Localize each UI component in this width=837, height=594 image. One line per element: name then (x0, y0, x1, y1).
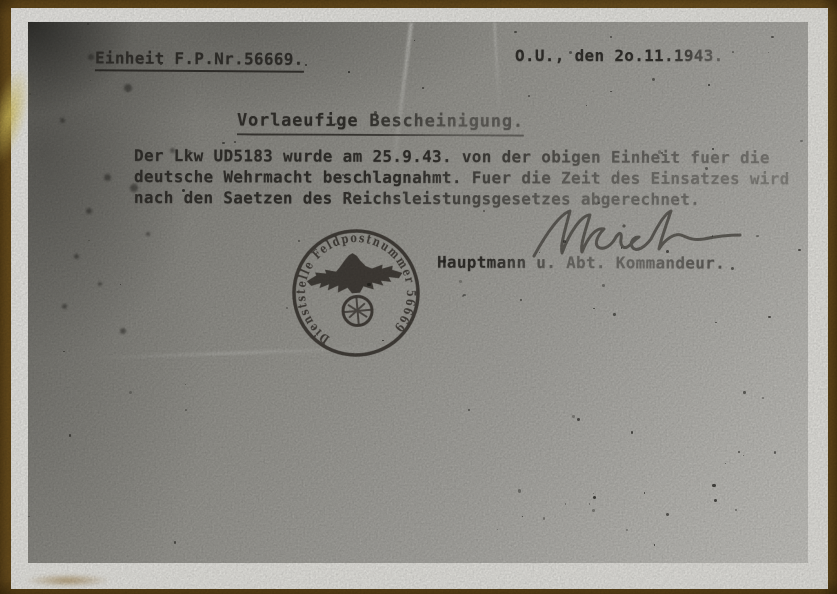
speck (104, 174, 111, 181)
speck (120, 328, 126, 334)
speck (129, 391, 132, 394)
speck (88, 240, 89, 241)
speck (610, 36, 612, 38)
place-date-line: O.U., den 2o.11.1943. (515, 45, 724, 66)
speck (572, 415, 574, 417)
speck (593, 308, 595, 310)
speck (69, 434, 72, 437)
speck (29, 93, 31, 95)
speck (543, 517, 545, 519)
speck (743, 455, 744, 456)
speck (522, 516, 523, 517)
speck (74, 254, 79, 259)
speck (652, 78, 655, 81)
speck (463, 294, 466, 297)
body-line-1: Der Lkw UD5183 wurde am 25.9.43. von der… (134, 145, 790, 168)
speck (120, 284, 121, 285)
speck (666, 513, 669, 516)
speck (708, 84, 710, 86)
speck (644, 492, 645, 493)
unit-number-line: Einheit F.P.Nr.56669. (95, 47, 304, 72)
speck (712, 484, 715, 487)
speck (459, 280, 462, 283)
speck (98, 282, 102, 286)
speck (577, 418, 580, 421)
speck (602, 284, 605, 287)
speck (414, 40, 415, 41)
speck (592, 509, 595, 512)
speck (586, 105, 587, 106)
speck (62, 304, 67, 309)
speck (774, 451, 777, 454)
speck (631, 431, 633, 433)
official-stamp: Dienststelle Feldpostnummer 56669 (282, 219, 429, 366)
speck (735, 509, 737, 511)
photo-mount: Einheit F.P.Nr.56669. O.U., den 2o.11.19… (0, 0, 837, 594)
speck (715, 322, 717, 324)
speck (185, 384, 187, 386)
speck (565, 503, 566, 504)
paper-crease (494, 22, 501, 117)
speck (146, 232, 150, 236)
speck (714, 499, 717, 502)
speck (286, 307, 288, 309)
speck (732, 51, 734, 53)
speck (87, 23, 89, 25)
speck (90, 80, 91, 81)
speck (468, 409, 471, 412)
speck (654, 544, 655, 545)
speck (60, 118, 65, 123)
speck (771, 36, 774, 39)
document-title: Vorlaeufige Bescheinigung. (237, 110, 524, 136)
signer-title-line: Hauptmann u. Abt. Kommandeur. (437, 251, 725, 273)
speck (422, 87, 424, 89)
speck (174, 541, 176, 543)
body-line-2: deutsche Wehrmacht beschlagnahmt. Fuer d… (134, 166, 790, 189)
speck (725, 463, 727, 465)
speck (497, 529, 498, 530)
speck (86, 208, 92, 214)
speck (798, 249, 801, 252)
speck (589, 503, 590, 504)
speck (768, 316, 770, 318)
speck (348, 71, 350, 73)
body-paragraph: Der Lkw UD5183 wurde am 25.9.43. von der… (134, 145, 790, 210)
speck (593, 496, 596, 499)
bottom-border-smudge (25, 574, 111, 587)
speck (305, 64, 307, 66)
speck (738, 451, 741, 454)
speck (762, 397, 763, 398)
photo-print: Einheit F.P.Nr.56669. O.U., den 2o.11.19… (11, 8, 828, 589)
speck (28, 516, 30, 518)
speck (63, 351, 65, 353)
speck (768, 52, 769, 53)
speck (462, 295, 464, 297)
speck (593, 493, 594, 494)
speck (743, 391, 746, 394)
speck (514, 31, 517, 34)
document-photo: Einheit F.P.Nr.56669. O.U., den 2o.11.19… (28, 22, 808, 563)
speck (88, 54, 94, 60)
speck (222, 142, 224, 144)
speck (518, 489, 521, 492)
speck (124, 84, 132, 92)
speck (483, 210, 485, 212)
speck (528, 95, 530, 97)
speck (234, 141, 236, 143)
speck (520, 299, 522, 301)
speck (613, 313, 616, 316)
speck (610, 91, 612, 93)
speck (185, 409, 187, 411)
speck (800, 140, 803, 143)
speck (626, 529, 628, 531)
